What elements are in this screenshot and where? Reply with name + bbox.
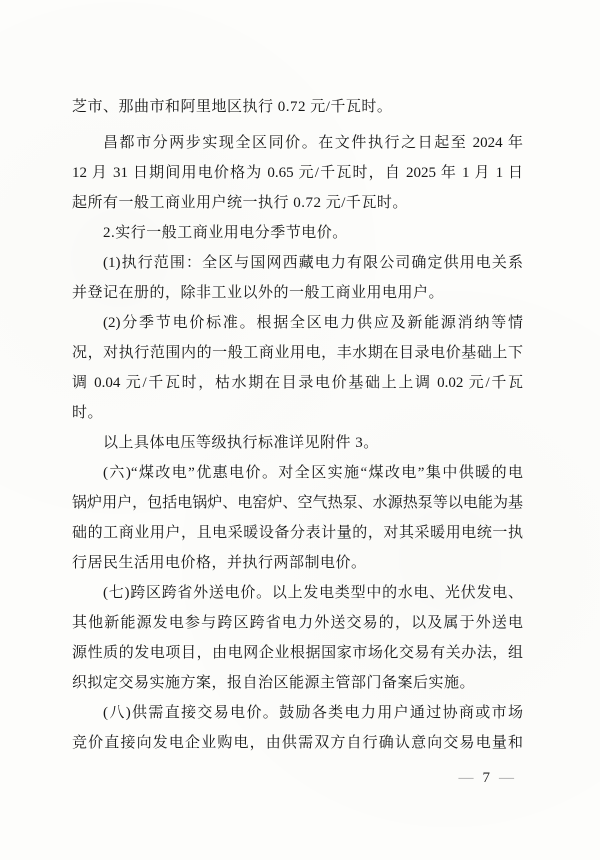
document-line: 织拟定交易实施方案，报自治区能源主管部门备案后实施。	[72, 668, 523, 698]
document-line: 并登记在册的，除非工业以外的一般工商业用电用户。	[72, 278, 523, 308]
document-line: (2)分季节电价标准。根据全区电力供应及新能源消纳等情	[72, 308, 523, 338]
document-body: 芝市、那曲市和阿里地区执行 0.72 元/千瓦时。昌都市分两步实现全区同价。在文…	[72, 92, 523, 758]
document-line: 础的工商业用户，且电采暖设备分表计量的，对其采暖用电统一执	[72, 518, 523, 548]
document-line: (八)供需直接交易电价。鼓励各类电力用户通过协商或市场	[72, 698, 523, 728]
document-line: 行居民生活用电价格，并执行两部制电价。	[72, 548, 523, 578]
footer-dash-left: —	[459, 770, 474, 786]
document-line: 锅炉用户，包括电锅炉、电窑炉、空气热泵、水源热泵等以电能为基	[72, 488, 523, 518]
page-footer: —7—	[459, 768, 515, 788]
document-line: 况，对执行范围内的一般工商业用电，丰水期在目录电价基础上下	[72, 338, 523, 368]
document-line: 竞价直接向发电企业购电，由供需双方自行确认意向交易电量和	[72, 728, 523, 758]
document-line: 以上具体电压等级执行标准详见附件 3。	[72, 428, 523, 458]
document-line: (七)跨区跨省外送电价。以上发电类型中的水电、光伏发电、	[72, 578, 523, 608]
document-line: (六)“煤改电”优惠电价。对全区实施“煤改电”集中供暖的电	[72, 458, 523, 488]
document-line: (1)执行范围：全区与国网西藏电力有限公司确定供用电关系	[72, 248, 523, 278]
document-line: 源性质的发电项目，由电网企业根据国家市场化交易有关办法，组	[72, 638, 523, 668]
document-line: 时。	[72, 398, 523, 428]
document-line: 12 月 31 日期间用电价格为 0.65 元/千瓦时，自 2025 年 1 月…	[72, 158, 523, 188]
document-line: 起所有一般工商业用户统一执行 0.72 元/千瓦时。	[72, 188, 523, 218]
document-line: 调 0.04 元/千瓦时，枯水期在目录电价基础上上调 0.02 元/千瓦	[72, 368, 523, 398]
document-line: 2.实行一般工商业用电分季节电价。	[72, 218, 523, 248]
document-line: 昌都市分两步实现全区同价。在文件执行之日起至 2024 年	[72, 128, 523, 158]
document-line: 芝市、那曲市和阿里地区执行 0.72 元/千瓦时。	[72, 92, 523, 122]
page-number: 7	[483, 770, 491, 786]
document-line: 其他新能源发电参与跨区跨省电力外送交易的，以及属于外送电	[72, 608, 523, 638]
footer-dash-right: —	[499, 770, 514, 786]
document-page: 芝市、那曲市和阿里地区执行 0.72 元/千瓦时。昌都市分两步实现全区同价。在文…	[0, 0, 600, 860]
